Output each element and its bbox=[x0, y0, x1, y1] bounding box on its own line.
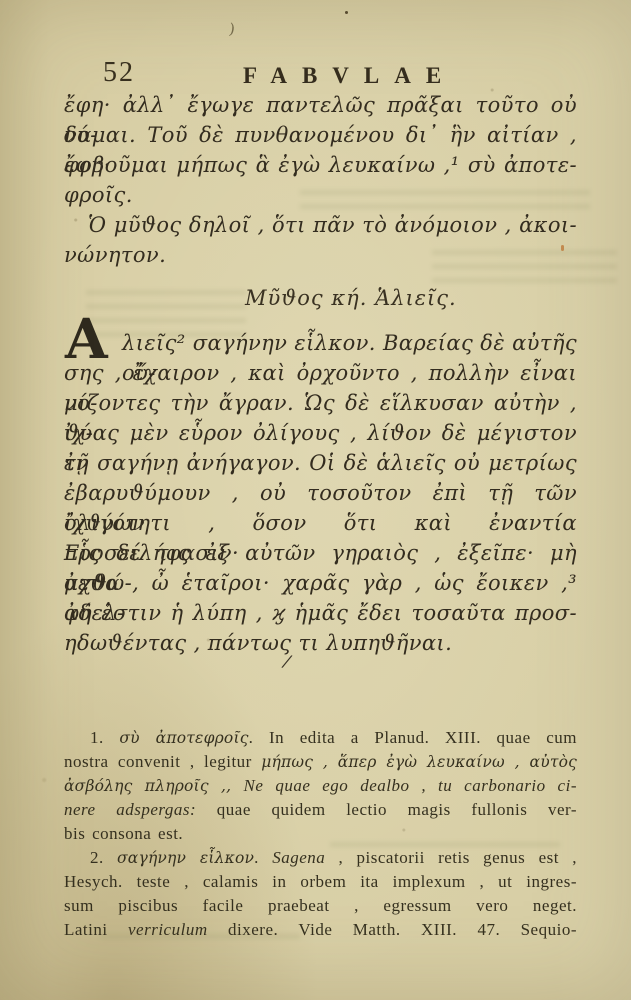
greek-line: τῇ σαγήνῃ ἀνήγαγον. Οἱ δὲ ἁλιεῖς οὐ μετρ… bbox=[64, 448, 577, 478]
page-number: 52 bbox=[103, 57, 135, 89]
footnote-greek-lemma: σαγήνην εἷλκον bbox=[117, 849, 254, 867]
footnote-latin-translation: Ne quae ego dealbo , tu carbonario ci- bbox=[244, 776, 577, 795]
fable-paragraph: λιεῖς² σαγήνην εἷλκον. Βαρείας δὲ αὐτῆς … bbox=[64, 328, 577, 658]
greek-line: Εἷς δέ τις ἐξ αὐτῶν γηραιὸς , ἐξεῖπε· μὴ… bbox=[64, 538, 577, 568]
footnote-text: bis consona est. bbox=[64, 824, 183, 843]
footnote-text: , piscatorii retis genus est , bbox=[325, 848, 577, 867]
footnote-line: 2. σαγήνην εἷλκον. Sagena , piscatorii r… bbox=[64, 846, 577, 870]
greek-line: ϑύας μὲν εὗρον ὀλίγους , λίϑον δὲ μέγιστ… bbox=[64, 418, 577, 448]
footnote-text: Latini bbox=[64, 920, 128, 939]
footnote-text: . bbox=[254, 848, 272, 867]
greek-line: φοβοῦμαι μήπως ἃ ἐγὼ λευκαίνω ,¹ σὺ ἀποτ… bbox=[64, 150, 577, 180]
greek-line: σης , ἔχαιρον , καὶ ὀρχοῦντο , πολλὴν εἶ… bbox=[64, 358, 577, 388]
footnote-greek-lemma: σὺ ἀποτεφροῖς bbox=[119, 729, 248, 747]
greek-line: Ὁ μῦϑος δηλοῖ , ὅτι πᾶν τὸ ἀνόμοιον , ἀκ… bbox=[64, 210, 577, 240]
footnote-greek-quote: μήπως , ἅπερ ἐγὼ λευκαίνω , αὐτὸς bbox=[261, 753, 577, 771]
footnote-line: 1. σὺ ἀποτεφροῖς. In edita a Planud. XII… bbox=[64, 726, 577, 750]
greek-line: ἔφη· ἀλλ᾽ ἔγωγε παντελῶς πρᾶξαι τοῦτο οὐ… bbox=[64, 90, 577, 120]
greek-line: μίζοντες τὴν ἄγραν. Ὡς δὲ εἵλκυσαν αὐτὴν… bbox=[64, 388, 577, 418]
greek-line: ὀλιγότητι , ὅσον ὅτι καὶ ἐναντία προσειλ… bbox=[64, 508, 577, 538]
footnote-text: Hesych. teste , calamis in orbem ita imp… bbox=[64, 872, 577, 891]
ink-mark-paren: ) bbox=[228, 20, 236, 39]
greek-line: ναμαι. Τοῦ δὲ πυνθανομένου δι᾽ ἣν αἰτίαν… bbox=[64, 120, 577, 150]
moral-paragraph: Ὁ μῦϑος δηλοῖ , ὅτι πᾶν τὸ ἀνόμοιον , ἀκ… bbox=[64, 210, 577, 270]
footnote-latin-translation: nere adspergas: bbox=[64, 800, 196, 819]
footnote-text: dixere. Vide Matth. XIII. 47. Sequio- bbox=[208, 920, 577, 939]
ink-dot bbox=[345, 11, 348, 14]
footnote-text: . In edita a Planud. XIII. quae cum bbox=[249, 728, 577, 747]
greek-line: λιεῖς² σαγήνην εἷλκον. Βαρείας δὲ αὐτῆς … bbox=[64, 328, 577, 358]
greek-line: ἐβαρυϑύμουν , οὐ τοσοῦτον ἐπὶ τῇ τῶν ἰχϑ… bbox=[64, 478, 577, 508]
footnote-line: sum piscibus facile praebeat , egressum … bbox=[64, 894, 577, 918]
greek-line: μεϑα , ὦ ἑταῖροι· χαρᾶς γὰρ , ὡς ἔοικεν … bbox=[64, 568, 577, 598]
running-head-title: FABVLAE bbox=[243, 63, 456, 89]
footnote-text: sum piscibus facile praebeat , egressum … bbox=[64, 896, 577, 915]
fable-title: Μῦϑος κή. Ἁλιεῖς. bbox=[245, 286, 457, 310]
footnote-number: 2. bbox=[90, 848, 117, 867]
footnote-text: quae quidem lectio magis fullonis ver- bbox=[196, 800, 577, 819]
book-page: { "colors": { "paper": "#d7cda3", "ink":… bbox=[0, 0, 631, 1000]
intro-paragraph: ἔφη· ἀλλ᾽ ἔγωγε παντελῶς πρᾶξαι τοῦτο οὐ… bbox=[64, 90, 577, 210]
greek-line: φή ἐστιν ἡ λύπη , ϗ ἡμᾶς ἔδει τοσαῦτα πρ… bbox=[64, 598, 577, 628]
greek-line: φροῖς. bbox=[64, 180, 577, 210]
footnote-line: nostra convenit , legitur μήπως , ἅπερ ἐ… bbox=[64, 750, 577, 774]
greek-line: ηδωϑέντας , πάντως τι λυπηϑῆναι. bbox=[64, 628, 577, 658]
footnote-line: Latini verriculum dixere. Vide Matth. XI… bbox=[64, 918, 577, 942]
footnote-latin-term: Sagena bbox=[272, 848, 325, 867]
footnote-line: bis consona est. bbox=[64, 822, 577, 846]
footnote-line: ἀσβόλης πληροῖς ,, Ne quae ego dealbo , … bbox=[64, 774, 577, 798]
footnote-text: nostra convenit , legitur bbox=[64, 752, 261, 771]
footnote-number: 1. bbox=[90, 728, 119, 747]
footnote-greek-quote: ἀσβόλης πληροῖς ,, bbox=[64, 777, 244, 795]
footnote-line: Hesych. teste , calamis in orbem ita imp… bbox=[64, 870, 577, 894]
footnote-line: nere adspergas: quae quidem lectio magis… bbox=[64, 798, 577, 822]
greek-line: νώνητον. bbox=[64, 240, 577, 270]
footnote-latin-term: verriculum bbox=[128, 920, 208, 939]
footnotes: 1. σὺ ἀποτεφροῖς. In edita a Planud. XII… bbox=[64, 726, 577, 942]
